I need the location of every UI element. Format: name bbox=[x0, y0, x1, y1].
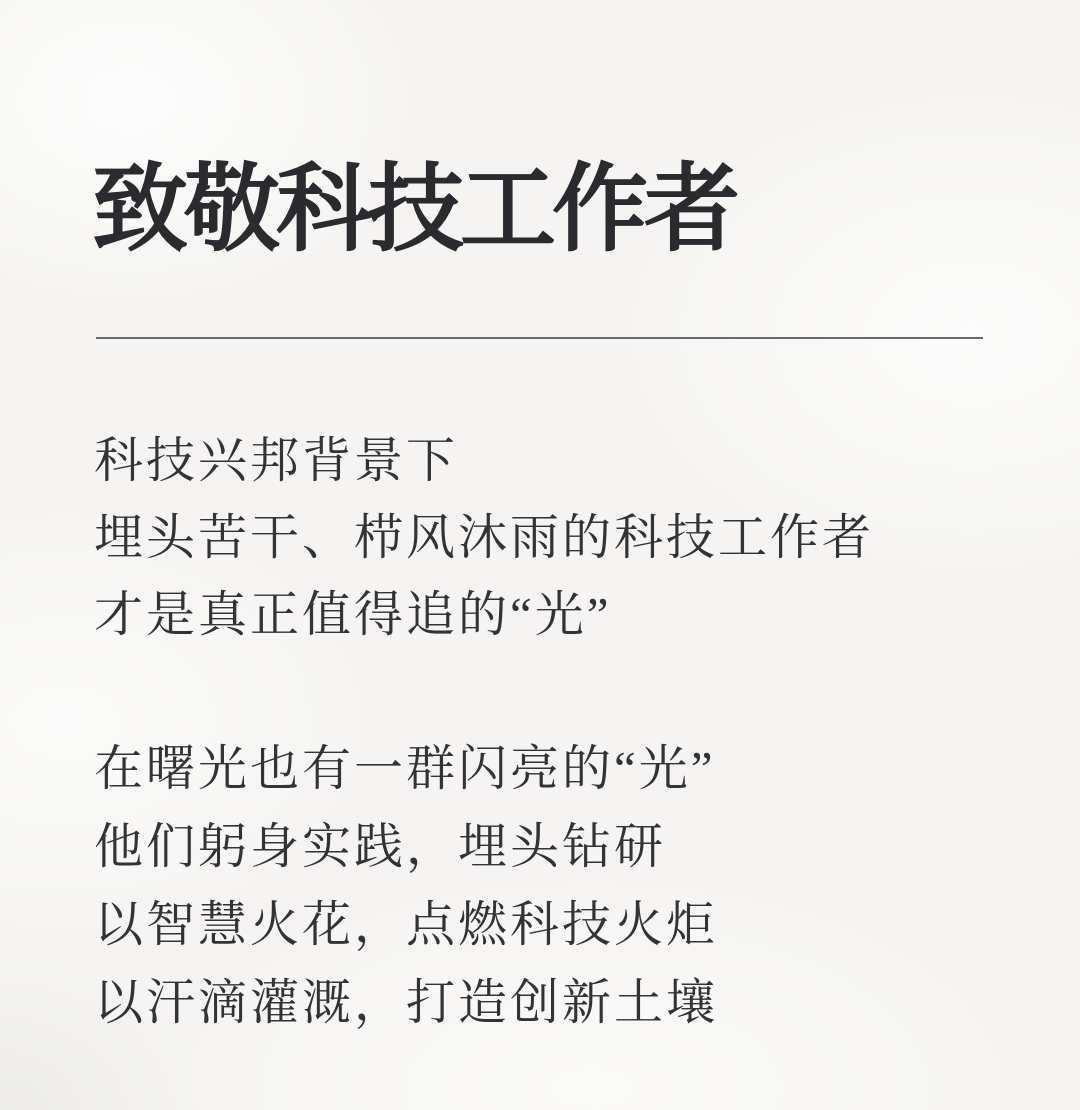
poem-line: 埋头苦干、栉风沐雨的科技工作者 bbox=[94, 499, 874, 576]
poem-line: 他们躬身实践，埋头钻研 bbox=[94, 808, 718, 886]
poem-line: 科技兴邦背景下 bbox=[94, 422, 874, 499]
poem-stanza-1: 科技兴邦背景下 埋头苦干、栉风沐雨的科技工作者 才是真正值得追的“光” bbox=[94, 422, 874, 653]
title-divider bbox=[96, 337, 983, 339]
poem-line: 以汗滴灌溉，打造创新土壤 bbox=[94, 964, 718, 1042]
poem-line: 以智慧火花，点燃科技火炬 bbox=[94, 886, 718, 964]
poem-stanza-2: 在曙光也有一群闪亮的“光” 他们躬身实践，埋头钻研 以智慧火花，点燃科技火炬 以… bbox=[94, 730, 718, 1042]
poster-page: 致敬科技工作者 科技兴邦背景下 埋头苦干、栉风沐雨的科技工作者 才是真正值得追的… bbox=[0, 0, 1080, 1110]
poem-line: 在曙光也有一群闪亮的“光” bbox=[94, 730, 718, 808]
poem-line: 才是真正值得追的“光” bbox=[94, 576, 874, 653]
page-title: 致敬科技工作者 bbox=[92, 150, 736, 270]
